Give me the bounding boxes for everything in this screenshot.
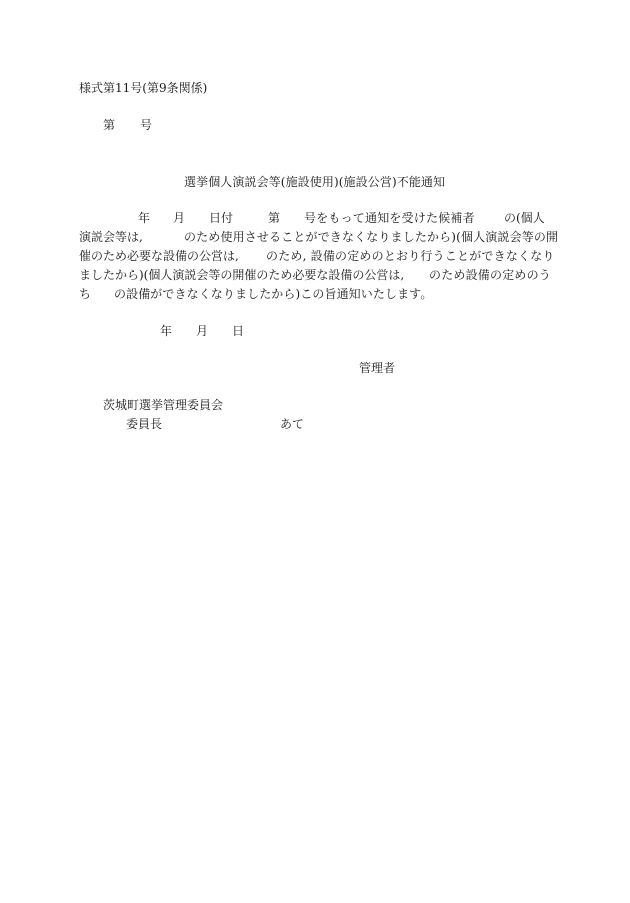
addressee-organization: 茨城町選挙管理委員会 (103, 399, 223, 411)
body-line-1-year: 年 (138, 212, 150, 224)
body-line-5-head: ち (79, 288, 91, 300)
addressee-chairman: 委員長 (126, 418, 162, 430)
date-month: 月 (196, 325, 208, 337)
document-page: 様式第11号(第9条関係) 第 号 選挙個人演説会等(施設使用)(施設公営)不能… (0, 0, 630, 903)
body-line-1-month: 月 (173, 212, 185, 224)
form-label: 様式第11号(第9条関係) (79, 82, 207, 94)
addressee-ate: あて (280, 418, 304, 430)
date-year: 年 (160, 325, 172, 337)
body-line-1-tail: の(個人 (504, 212, 545, 224)
manager-label: 管理者 (359, 362, 395, 374)
body-line-3-tail: のため, 設備の定めのとおり行うことができなくなり (266, 250, 555, 262)
body-line-4-tail: のため設備の定めのう (429, 269, 551, 281)
body-line-4-head: ましたから)(個人演説会等の開催のため必要な設備の公営は, (79, 269, 404, 281)
document-number-go: 号 (140, 119, 152, 131)
body-line-3-head: 催のため必要な設備の公営は, (79, 250, 239, 262)
body-line-1-date: 日付 (209, 212, 233, 224)
document-number-dai: 第 (103, 119, 115, 131)
document-title: 選挙個人演説会等(施設使用)(施設公営)不能通知 (184, 176, 445, 188)
body-line-5-tail: の設備ができなくなりましたから)この旨通知いたします。 (114, 288, 432, 300)
body-line-1-dai: 第 (268, 212, 280, 224)
body-line-2-head: 演説会等は, (79, 231, 143, 243)
date-day: 日 (232, 325, 244, 337)
body-line-1-notice: 号をもって通知を受けた候補者 (304, 212, 475, 224)
body-line-2-tail: のため使用させることができなくなりましたから)(個人演説会等の開 (184, 231, 558, 243)
